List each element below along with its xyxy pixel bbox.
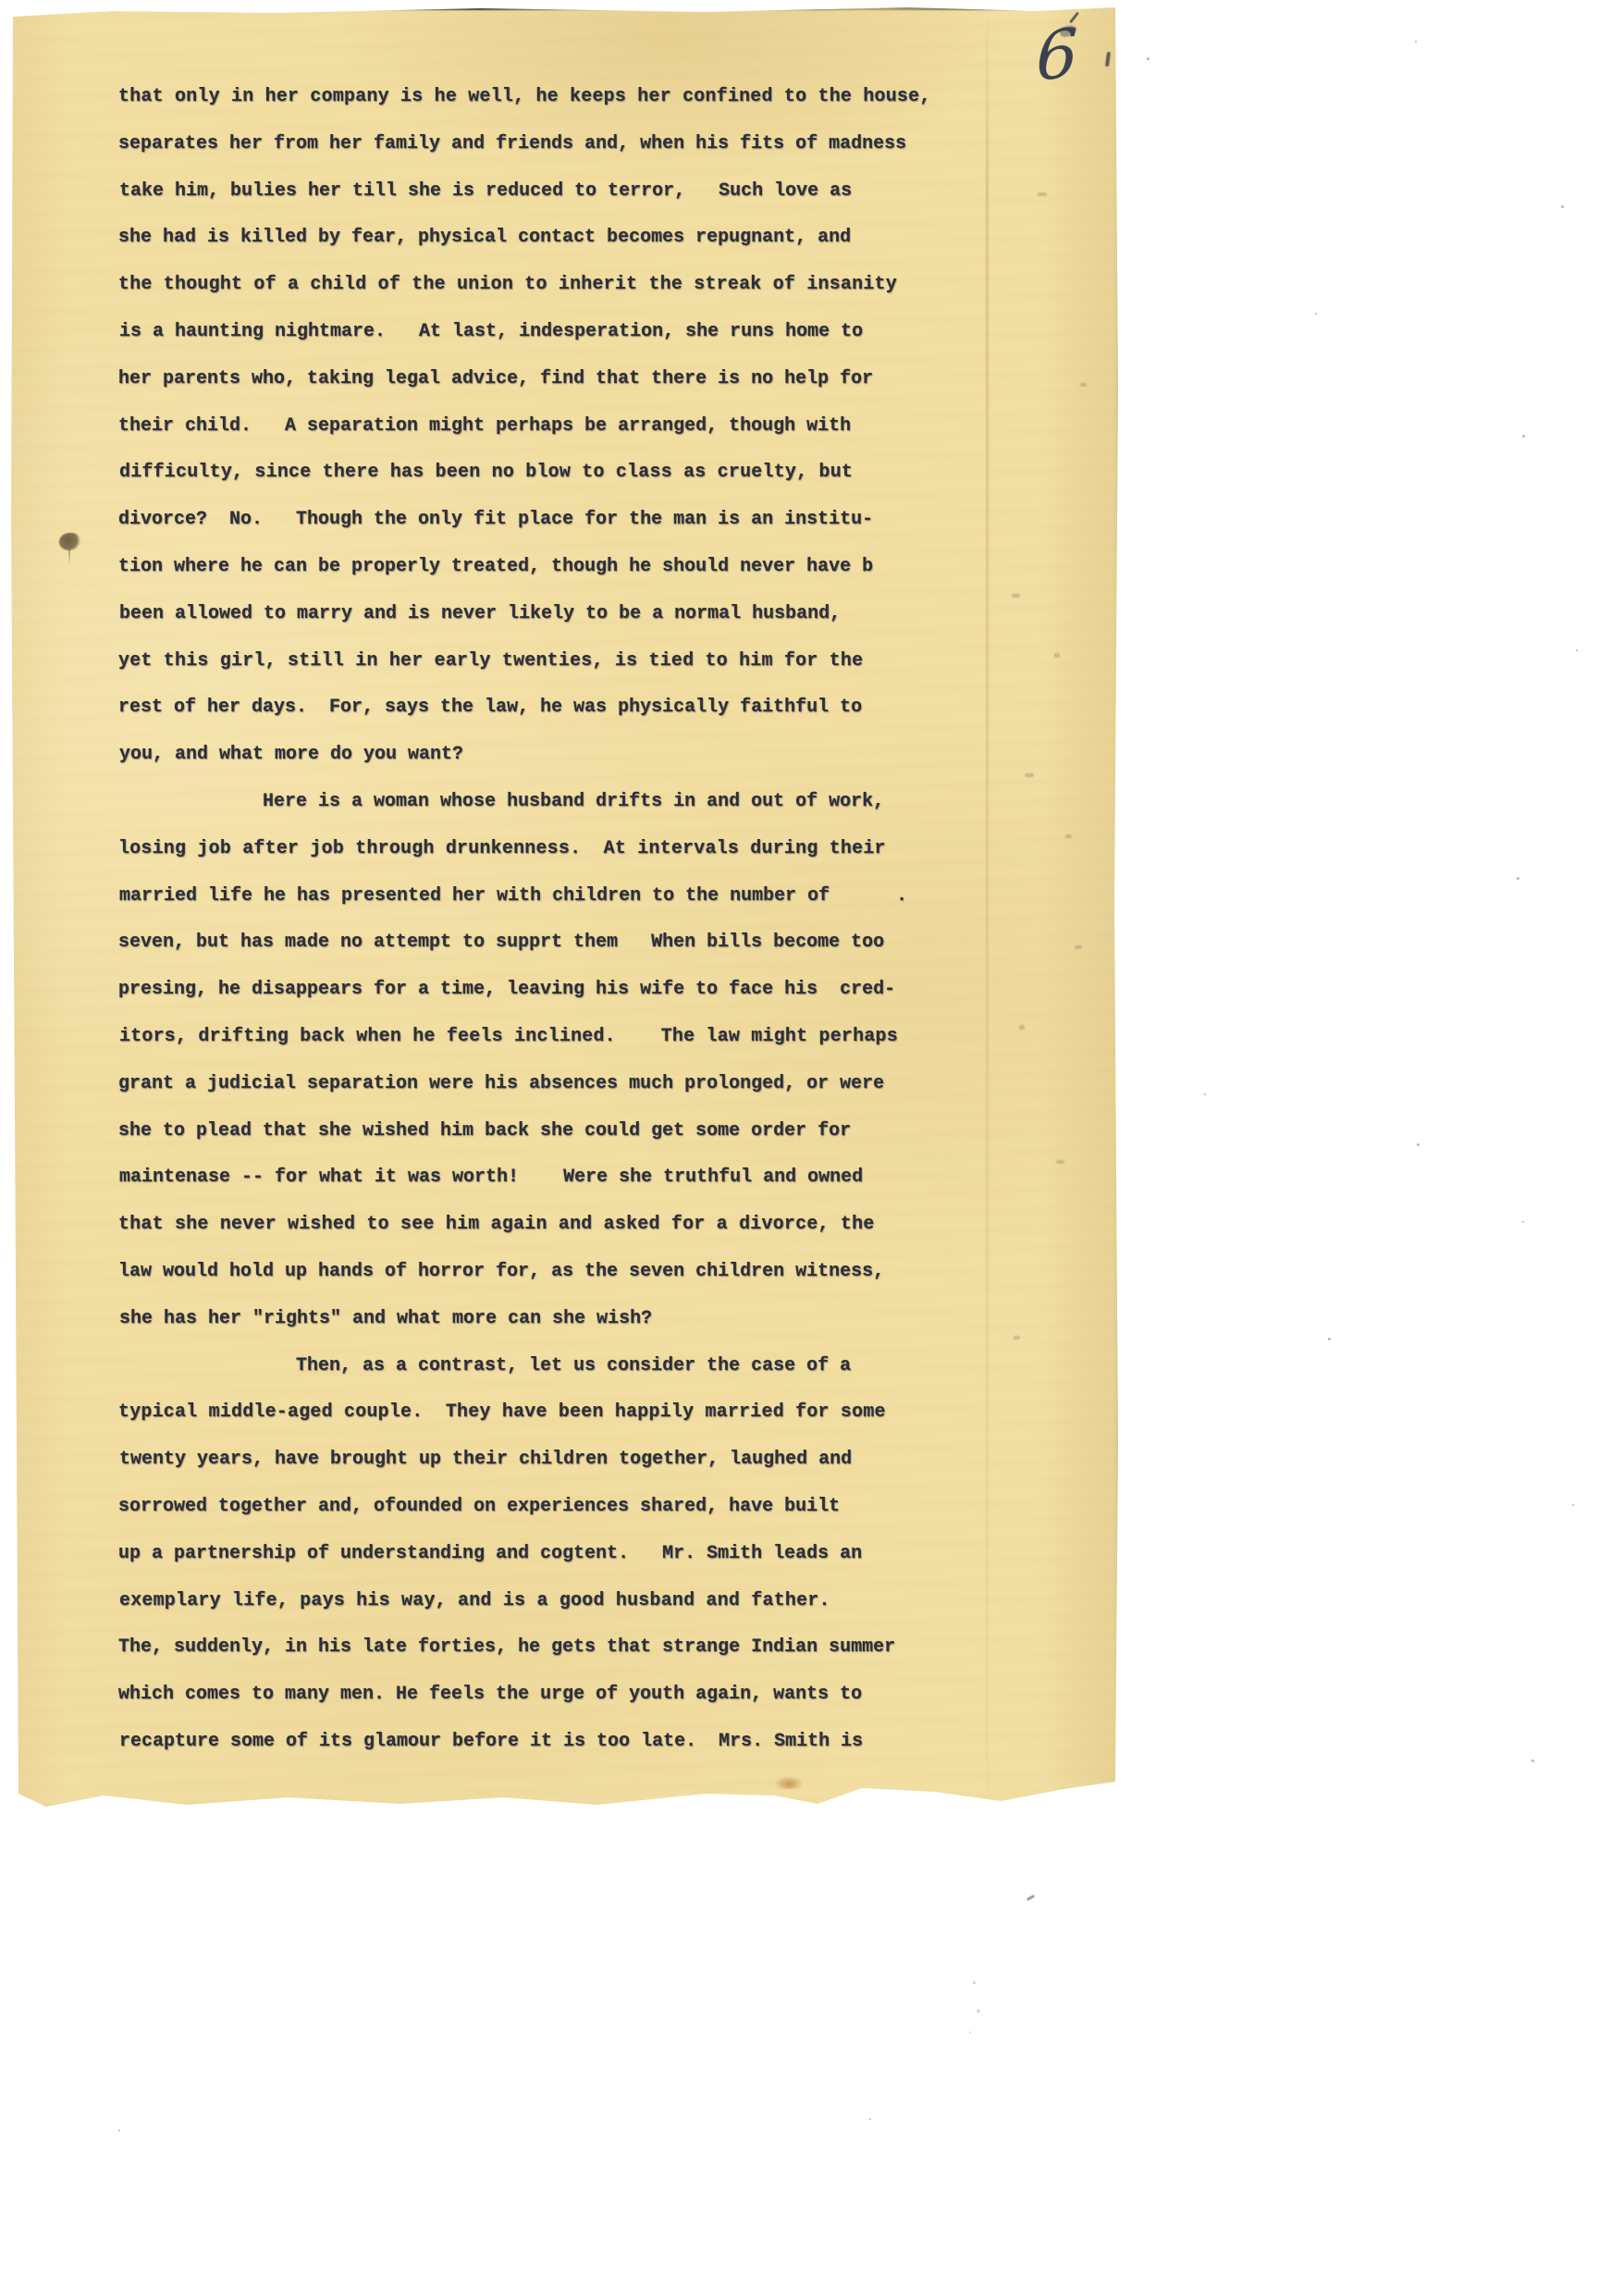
dust-speck	[1204, 1093, 1206, 1095]
edge-ink-mark	[1105, 52, 1111, 67]
bleedthrough-mark	[1054, 653, 1060, 658]
typed-line: she has her "rights" and what more can s…	[119, 1296, 1026, 1343]
paper-page: 6 that only in her company is he well, h…	[0, 0, 1121, 1811]
typed-line: seven, but has made no attempt to supprt…	[118, 920, 1025, 967]
dust-speck	[1522, 1221, 1524, 1223]
typed-line: married life he has presented her with c…	[119, 873, 1026, 920]
dust-speck	[1328, 1338, 1331, 1340]
scan-background: 6 that only in her company is he well, h…	[0, 0, 1623, 2296]
typed-line: Here is a woman whose husband drifts in …	[118, 779, 1025, 826]
dust-speck	[1417, 1143, 1420, 1146]
bleedthrough-mark	[1038, 192, 1047, 196]
typed-line: itors, drifting back when he feels incli…	[119, 1014, 1026, 1061]
dust-speck	[1415, 41, 1417, 43]
ink-smudge	[59, 533, 80, 550]
typed-line: tion where he can be properly treated, t…	[118, 544, 1025, 591]
typed-line: grant a judicial separation were his abs…	[118, 1061, 1025, 1108]
typed-line: yet this girl, still in her early twenti…	[118, 638, 1025, 685]
typed-line: rest of her days. For, says the law, he …	[118, 685, 1025, 732]
typed-line: Then, as a contrast, let us consider the…	[118, 1343, 1025, 1390]
typed-line: is a haunting nightmare. At last, indesp…	[119, 309, 1026, 356]
dust-speck	[118, 2129, 120, 2131]
typed-line: separates her from her family and friend…	[118, 121, 1025, 168]
dust-speck	[1531, 1759, 1534, 1762]
typed-line: law would hold up hands of horror for, a…	[118, 1249, 1025, 1296]
typed-line: divorce? No. Though the only fit place f…	[118, 497, 1025, 544]
typed-line: sorrowed together and, ofounded on exper…	[118, 1484, 1025, 1531]
dust-speck	[1517, 877, 1519, 880]
bleedthrough-mark	[1080, 383, 1087, 387]
typed-line: take him, bulies her till she is reduced…	[119, 168, 1026, 216]
typed-line: their child. A separation might perhaps …	[118, 403, 1025, 451]
typed-line: the thought of a child of the union to i…	[118, 262, 1025, 309]
typed-line: losing job after job through drunkenness…	[118, 826, 1025, 873]
dust-speck	[1572, 1504, 1574, 1506]
dust-speck	[1522, 435, 1525, 438]
bleedthrough-mark	[1012, 594, 1020, 598]
handwritten-page-number: 6	[1025, 8, 1088, 105]
ink-smudge-tail	[68, 549, 70, 564]
typed-line: exemplary life, pays his way, and is a g…	[119, 1578, 1026, 1625]
typed-line: recapture some of its glamour before it …	[119, 1719, 1026, 1766]
typed-line: typical middle-aged couple. They have be…	[118, 1389, 1025, 1437]
dust-speck	[869, 2118, 871, 2120]
typed-line: which comes to many men. He feels the ur…	[118, 1672, 1025, 1719]
dust-speck	[973, 1981, 976, 1984]
dust-speck	[1315, 313, 1317, 315]
typed-line: her parents who, taking legal advice, fi…	[118, 356, 1025, 403]
typed-line: twenty years, have brought up their chil…	[119, 1437, 1026, 1484]
typed-line: up a partnership of understanding and co…	[118, 1531, 1025, 1578]
bleedthrough-mark	[1065, 834, 1072, 838]
dust-mark	[1027, 1895, 1035, 1901]
typed-line: that only in her company is he well, he …	[118, 74, 1025, 121]
dust-speck	[977, 2009, 980, 2013]
bleedthrough-mark	[1019, 1025, 1025, 1030]
dust-speck	[1561, 205, 1564, 208]
typed-line: you, and what more do you want?	[119, 732, 1026, 779]
typed-line: difficulty, since there has been no blow…	[119, 450, 1026, 497]
bleedthrough-mark	[1075, 945, 1082, 949]
typed-text-block: that only in her company is he well, he …	[118, 74, 1025, 1766]
bleedthrough-mark	[1025, 773, 1034, 777]
typed-line: she to plead that she wished him back sh…	[118, 1108, 1025, 1155]
dust-speck	[969, 2031, 971, 2033]
torn-edge-stain	[775, 1776, 803, 1789]
typed-line: she had is killed by fear, physical cont…	[118, 215, 1025, 262]
scan-edge-artifact	[15, 0, 1023, 10]
typed-line: The, suddenly, in his late forties, he g…	[118, 1624, 1025, 1672]
typed-line: presing, he disappears for a time, leavi…	[118, 967, 1025, 1014]
typed-line: been allowed to marry and is never likel…	[119, 591, 1026, 638]
dust-speck	[1147, 57, 1150, 60]
bleedthrough-mark	[1014, 1336, 1020, 1339]
bleedthrough-mark	[1056, 1160, 1064, 1164]
typed-line: maintenase -- for what it was worth! Wer…	[119, 1154, 1026, 1202]
typed-line: that she never wished to see him again a…	[118, 1202, 1025, 1249]
dust-speck	[1576, 649, 1578, 651]
